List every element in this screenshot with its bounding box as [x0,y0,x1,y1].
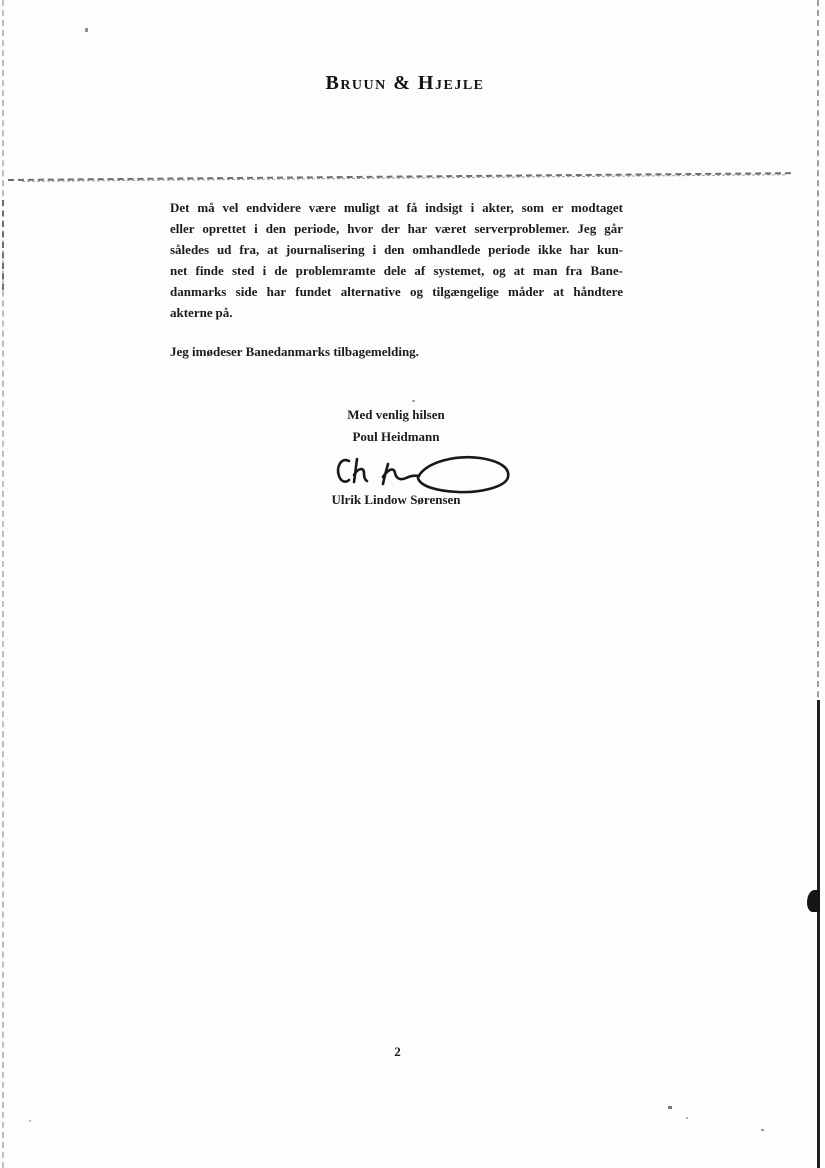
scan-edge-blob [807,890,820,912]
body-line: Det må vel endvidere være muligt at få i… [170,197,623,218]
scan-speck [668,1106,672,1109]
scan-speck [412,400,415,402]
body-line: danmarks side har fundet alternative og … [170,281,623,302]
scan-speck [761,1129,764,1131]
body-line: således ud fra, at journalisering i den … [170,239,623,260]
signer-name-secondary: Ulrik Lindow Sørensen [280,492,512,508]
scan-speck [85,28,88,32]
closing-sentence: Jeg imødeser Banedanmarks tilbagemelding… [170,344,623,360]
letter-body-paragraph: Det må vel endvidere være muligt at få i… [170,197,623,323]
valediction: Med venlig hilsen [280,407,512,423]
body-line: eller oprettet i den periode, hvor der h… [170,218,623,239]
scan-speck [29,1120,31,1122]
scan-edge-left-dark-segment [2,200,4,290]
firm-name-header: Bruun & Hjejle [0,72,810,95]
scan-speck [686,1117,688,1119]
signer-name-primary: Poul Heidmann [280,429,512,445]
scan-edge-right-dark-segment [817,700,820,1168]
body-line: net finde sted i de problemramte dele af… [170,260,623,281]
body-line: akterne på. [170,302,623,323]
scan-edge-left [2,0,4,1168]
scan-fold-line [8,172,791,183]
page-number: 2 [0,1044,795,1060]
scanned-letter-page: Bruun & Hjejle Det må vel endvidere være… [0,0,825,1168]
